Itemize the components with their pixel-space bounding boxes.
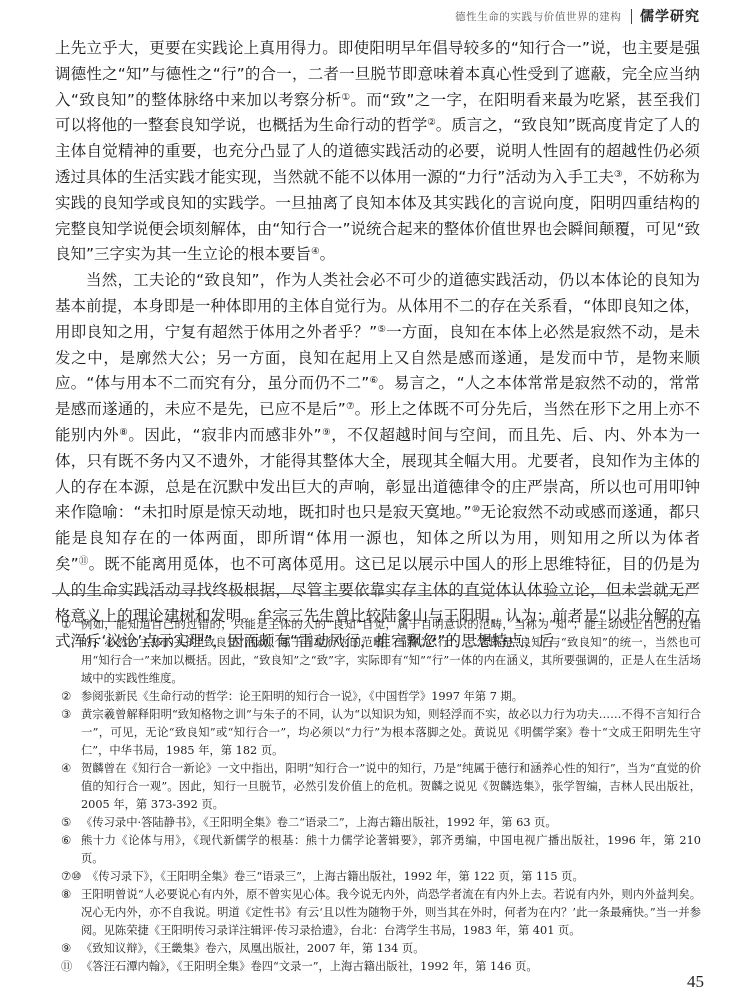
footnote-9: ⑨《致知议辩》，《王畿集》卷六，凤凰出版社，2007 年，第 134 页。: [61, 940, 701, 958]
footnote-text: 《传习录下》，《王阳明全集》卷三“语录三”，上海古籍出版社，1992 年，第 1…: [87, 870, 584, 883]
footnote-1: ①例如，能知道自己的过错的，只能是主体的人的“良知”自觉，属于自明意识的范畴，当…: [61, 616, 701, 688]
header-divider: [631, 9, 633, 24]
footnote-ref-6[interactable]: ⑥: [369, 375, 378, 386]
footnote-text: 《传习录中·答陆静书》，《王阳明全集》卷二“语录二”，上海古籍出版社，1992 …: [81, 816, 557, 829]
footnote-marker: ②: [61, 688, 71, 706]
main-text: 上先立乎大，更要在实践论上真用得力。即使阳明早年倡导较多的“知行合一”说，也主要…: [55, 36, 700, 655]
paragraph-1: 上先立乎大，更要在实践论上真用得力。即使阳明早年倡导较多的“知行合一”说，也主要…: [55, 36, 700, 268]
running-header: 德性生命的实践与价值世界的建构 儒学研究: [0, 6, 700, 26]
footnote-marker: ④: [61, 760, 71, 778]
footnote-marker: ①: [61, 616, 71, 634]
footnote-5: ⑤《传习录中·答陆静书》，《王阳明全集》卷二“语录二”，上海古籍出版社，1992…: [61, 814, 701, 832]
footnote-7-10: ⑦⑩《传习录下》，《王阳明全集》卷三“语录三”，上海古籍出版社，1992 年，第…: [61, 868, 701, 886]
footnote-text: 熊十力《论体与用》，《现代新儒学的根基：熊十力儒学论著辑要》，郭齐勇编，中国电视…: [81, 834, 701, 865]
footnote-2: ②参阅张新民《生命行动的哲学：论王阳明的知行合一说》，《中国哲学》1997 年第…: [61, 688, 701, 706]
footnote-marker: ⑨: [61, 940, 71, 958]
footnote-ref-9[interactable]: ⑨: [322, 427, 332, 438]
footnote-11: ⑪《答汪石潭内翰》，《王阳明全集》卷四“文录一”，上海古籍出版社，1992 年，…: [61, 958, 701, 976]
paragraph-2: 当然，工夫论的“致良知”，作为人类社会必不可少的道德实践活动，仍以本体论的良知为…: [55, 268, 700, 655]
page-number: 45: [670, 972, 704, 992]
footnote-text: 黄宗羲曾解释阳明“致知格物之训”与朱子的不同，认为“以知识为知，则轻浮而不实，故…: [81, 708, 701, 757]
footnote-3: ③黄宗羲曾解释阳明“致知格物之训”与朱子的不同，认为“以知识为知，则轻浮而不实，…: [61, 706, 701, 760]
footnote-text: 《答汪石潭内翰》，《王阳明全集》卷四“文录一”，上海古籍出版社，1992 年，第…: [81, 960, 538, 973]
footnote-text: 王阳明曾说“人必要说心有内外，原不曾实见心体。我今说无内外，尚恐学者流在有内外上…: [81, 888, 701, 937]
footnote-marker: ⑪: [61, 958, 72, 976]
text-segment: 。因此，“寂非内而感非外”: [128, 426, 321, 444]
section-title: 德性生命的实践与价值世界的建构: [455, 9, 622, 24]
footnote-marker: ⑦⑩: [61, 868, 81, 886]
footnote-8: ⑧王阳明曾说“人必要说心有内外，原不曾实见心体。我今说无内外，尚恐学者流在有内外…: [61, 886, 701, 940]
footnote-4: ④贺麟曾在《知行合一新论》一文中指出，阳明“知行合一”说中的知行，乃是“纯属于德…: [61, 760, 701, 814]
footnote-ref-5[interactable]: ⑤: [377, 324, 386, 335]
footnote-text: 例如，能知道自己的过错的，只能是主体的人的“良知”自觉，属于自明意识的范畴，当称…: [81, 618, 701, 685]
footnote-ref-4[interactable]: ④: [311, 246, 320, 257]
footnote-ref-11[interactable]: ⑪: [79, 556, 89, 567]
footnote-text: 参阅张新民《生命行动的哲学：论王阳明的知行合一说》，《中国哲学》1997 年第 …: [81, 690, 523, 703]
footnote-marker: ⑤: [61, 814, 71, 832]
footnote-marker: ③: [61, 706, 71, 724]
footnote-ref-7[interactable]: ⑦: [346, 401, 355, 412]
footnote-text: 《致知议辩》，《王畿集》卷六，凤凰出版社，2007 年，第 134 页。: [81, 942, 425, 955]
footnote-marker: ⑥: [61, 832, 71, 850]
journal-name: 儒学研究: [640, 6, 700, 26]
footnote-ref-8[interactable]: ⑧: [119, 427, 128, 438]
footnote-text: 贺麟曾在《知行合一新论》一文中指出，阳明“知行合一”说中的知行，乃是“纯属于德行…: [81, 762, 701, 811]
footnotes: ①例如，能知道自己的过错的，只能是主体的人的“良知”自觉，属于自明意识的范畴，当…: [61, 616, 701, 976]
footnote-marker: ⑧: [61, 886, 71, 904]
footnote-separator: [52, 593, 698, 594]
footnote-6: ⑥熊十力《论体与用》，《现代新儒学的根基：熊十力儒学论著辑要》，郭齐勇编，中国电…: [61, 832, 701, 868]
text-segment: 。: [320, 245, 336, 263]
footnote-ref-2[interactable]: ②: [427, 117, 436, 128]
